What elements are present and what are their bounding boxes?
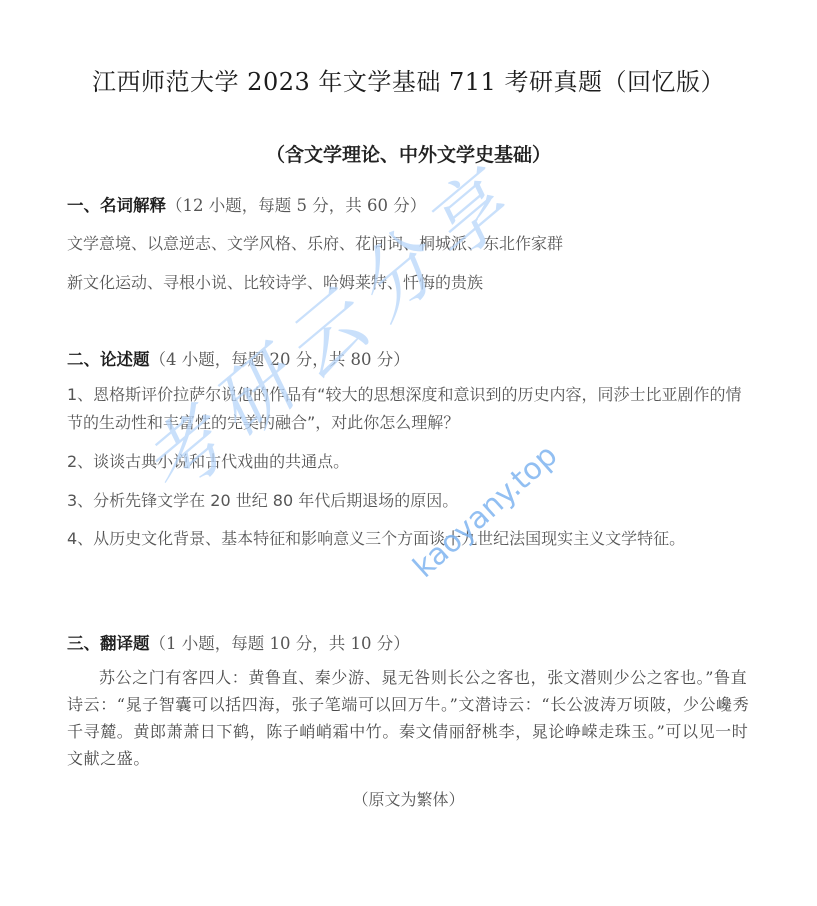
section-title: 三、翻译题 (67, 634, 150, 653)
section-title: 一、名词解释 (67, 196, 166, 215)
document-title: 江西师范大学 2023 年文学基础 711 考研真题（回忆版） (0, 62, 817, 97)
translation-footnote: （原文为繁体） (0, 787, 817, 810)
essay-question-4: 4、从历史文化背景、基本特征和影响意义三个方面谈十九世纪法国现实主义文学特征。 (67, 525, 757, 553)
section-heading-terms: 一、名词解释（12 小题，每题 5 分，共 60 分） (67, 192, 426, 216)
section-title: 二、论述题 (67, 350, 150, 369)
section-scoring-note: （1 小题，每题 10 分，共 10 分） (150, 634, 410, 653)
translation-passage: 苏公之门有客四人：黄鲁直、秦少游、晁无咎则长公之客也，张文潜则少公之客也。”鲁直… (67, 664, 757, 772)
exam-document-page: 江西师范大学 2023 年文学基础 711 考研真题（回忆版） （含文学理论、中… (0, 0, 817, 906)
section-heading-translation: 三、翻译题（1 小题，每题 10 分，共 10 分） (67, 630, 410, 654)
document-subtitle: （含文学理论、中外文学史基础） (0, 140, 817, 167)
